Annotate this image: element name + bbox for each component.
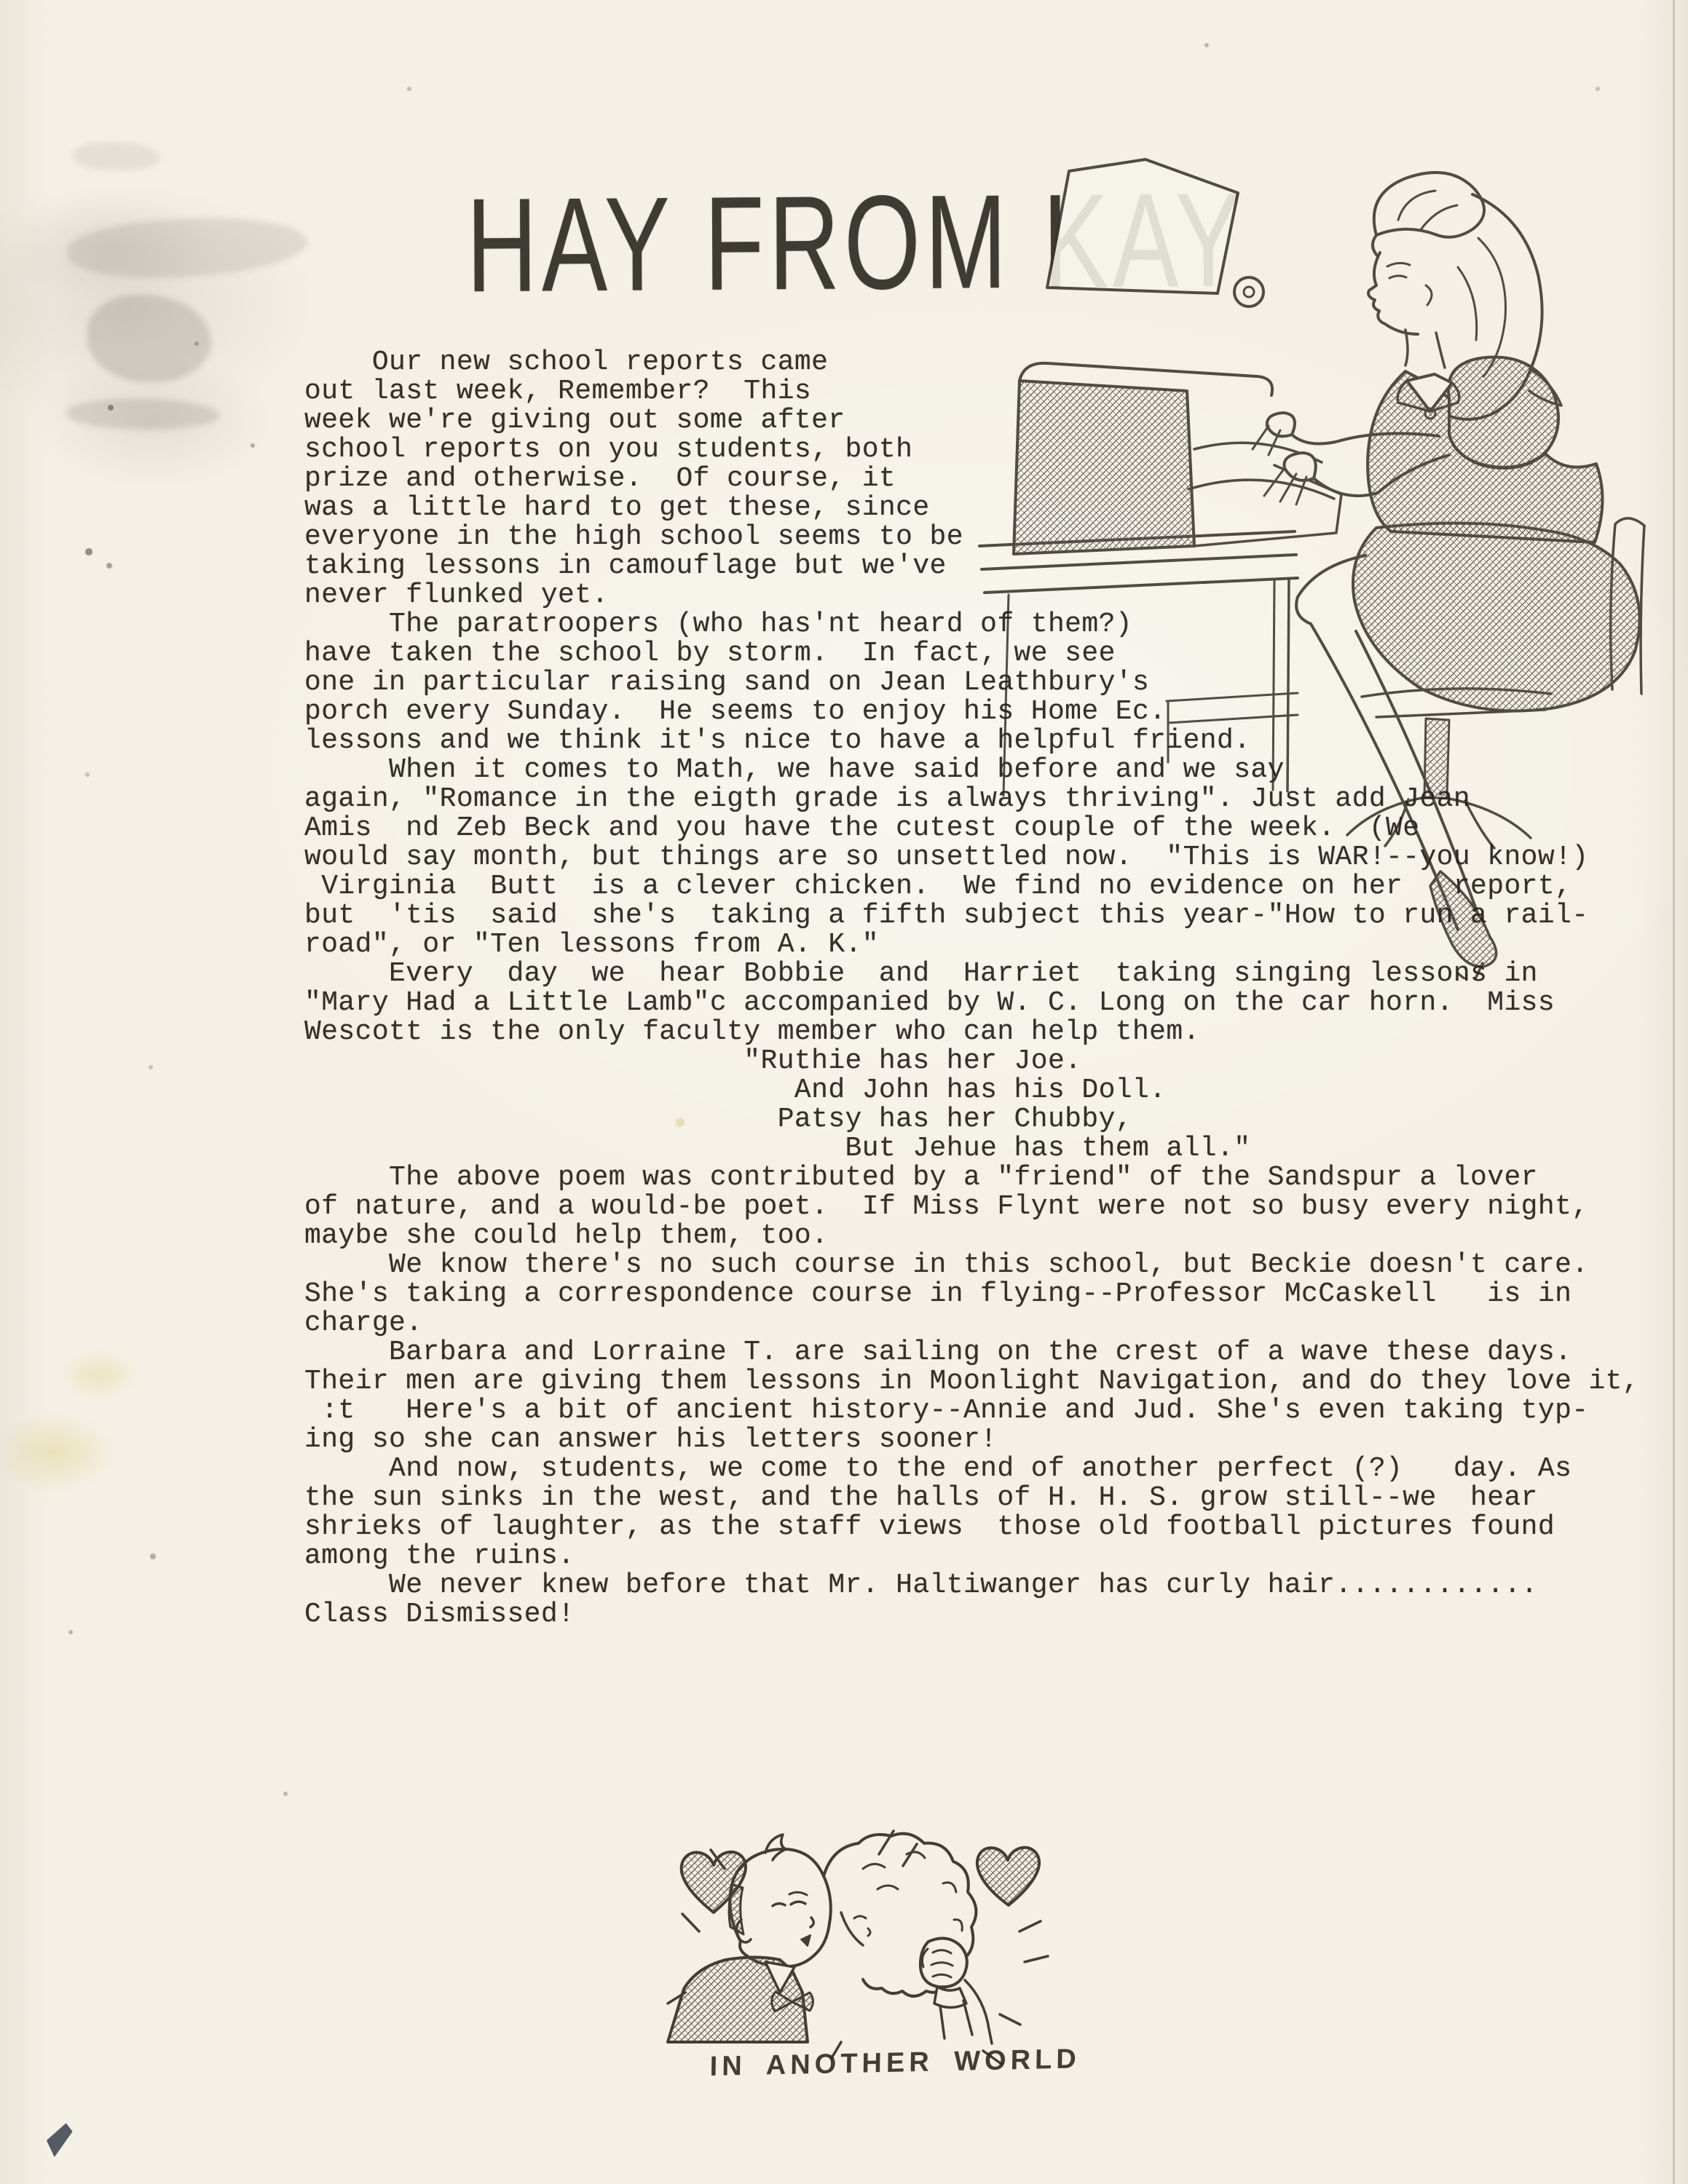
paragraph-4: Every day we hear Bobbie and Harriet tak… xyxy=(304,960,1639,1047)
ink-smudge xyxy=(67,399,220,430)
couple-cartoon xyxy=(623,1824,1078,2137)
scan-edge-line xyxy=(1673,0,1675,2184)
paragraph-3: When it comes to Math, we have said befo… xyxy=(304,756,1639,960)
ink-smudge xyxy=(73,142,160,171)
article-body: Our new school reports came out last wee… xyxy=(304,348,1639,1629)
ink-smudge xyxy=(87,295,211,382)
paragraph-2: The paratroopers (who has'nt heard of th… xyxy=(304,610,1639,756)
paragraph-1: Our new school reports came out last wee… xyxy=(304,348,1639,610)
paragraph-8: And now, students, we come to the end of… xyxy=(304,1455,1639,1571)
paragraph-6: We know there's no such course in this s… xyxy=(304,1251,1639,1338)
ink-specks xyxy=(0,0,3,3)
paragraph-5: The above poem was contributed by a "fri… xyxy=(304,1163,1639,1251)
paragraph-7: Barbara and Lorraine T. are sailing on t… xyxy=(304,1338,1639,1455)
corner-pen-mark xyxy=(45,2121,81,2159)
scanned-page: HAY FROM KAY xyxy=(0,0,1688,2184)
ink-smudge xyxy=(66,210,309,285)
poem: "Ruthie has her Joe. And John has his Do… xyxy=(304,1047,1639,1163)
paragraph-9: We never knew before that Mr. Haltiwange… xyxy=(304,1571,1639,1629)
